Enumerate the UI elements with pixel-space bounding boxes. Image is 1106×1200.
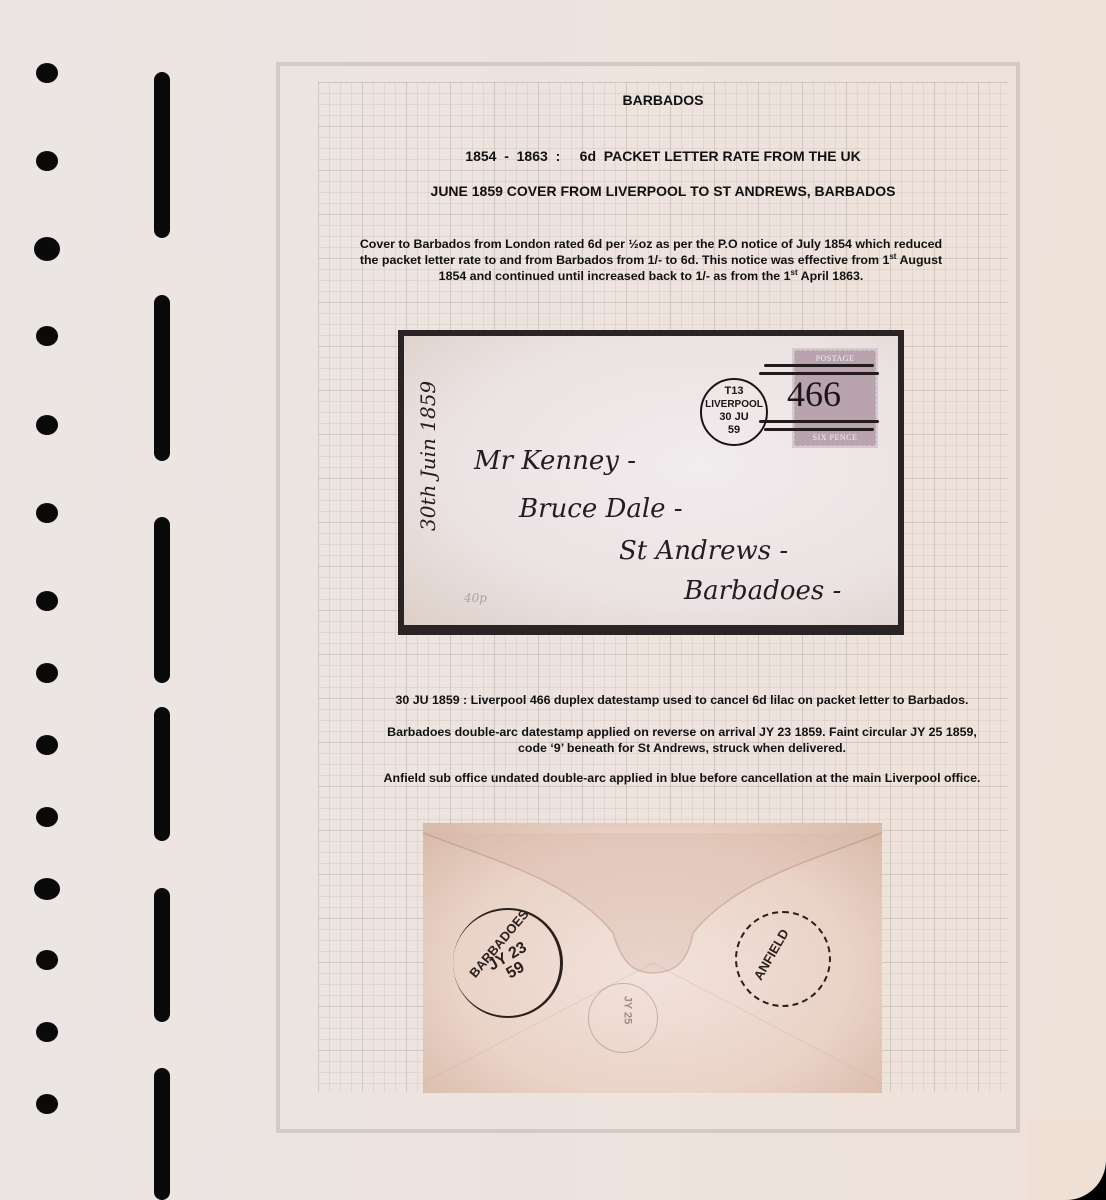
- description: Cover to Barbados from London rated 6d p…: [336, 236, 966, 284]
- pencil-price: 40p: [464, 591, 487, 605]
- cover-back: BARBADOES JY 2359 ANFIELD JY 25: [423, 823, 882, 1093]
- binder-slot: [154, 517, 170, 683]
- punch-hole: [36, 663, 58, 683]
- binder-slot: [154, 1068, 170, 1200]
- punch-hole: [36, 415, 58, 435]
- duplex-numeral: 466: [749, 374, 879, 414]
- punch-hole: [34, 237, 60, 261]
- anfield-double-arc: ANFIELD: [735, 911, 831, 1007]
- punch-hole: [36, 591, 58, 611]
- binder-slot: [154, 72, 170, 238]
- punch-hole: [36, 950, 58, 970]
- punch-hole: [36, 326, 58, 346]
- note-anfield: Anfield sub office undated double-arc ap…: [362, 770, 1002, 786]
- barbadoes-datestamp: BARBADOES JY 2359: [453, 908, 563, 1018]
- duplex-bar: [759, 420, 879, 423]
- note-barbadoes: Barbadoes double-arc datestamp applied o…: [362, 724, 1002, 756]
- punch-hole: [36, 807, 58, 827]
- description-line: Cover to Barbados from London rated 6d p…: [336, 236, 966, 252]
- period-heading: 1854 - 1863 : 6d PACKET LETTER RATE FROM…: [318, 148, 1008, 164]
- punch-hole: [36, 735, 58, 755]
- punch-hole: [36, 1094, 58, 1114]
- docket-note: 30th Juin 1859: [416, 381, 440, 531]
- description-line: 1854 and continued until increased back …: [336, 268, 966, 284]
- address-line: St Andrews -: [619, 536, 788, 566]
- binder-slot: [154, 295, 170, 461]
- page-corner: [1066, 1160, 1106, 1200]
- note-liverpool: 30 JU 1859 : Liverpool 466 duplex datest…: [362, 692, 1002, 708]
- page-title: BARBADOS: [318, 92, 1008, 108]
- address-line: Mr Kenney -: [474, 446, 636, 476]
- binder-slot: [154, 888, 170, 1022]
- address-line: Bruce Dale -: [519, 494, 683, 524]
- punch-hole: [36, 1022, 58, 1042]
- faint-circular-datestamp: JY 25: [588, 983, 658, 1053]
- liverpool-datestamp: T13 LIVERPOOL 30 JU 59: [700, 378, 768, 446]
- cover-heading: JUNE 1859 COVER FROM LIVERPOOL TO ST AND…: [318, 183, 1008, 199]
- punch-hole: [36, 151, 58, 171]
- description-line: the packet letter rate to and from Barba…: [336, 252, 966, 268]
- punch-hole: [36, 503, 58, 523]
- cover-front-mount: POSTAGE SIX PENCE 466 T13 LIVERPOOL 30 J…: [398, 330, 904, 635]
- address-line: Barbadoes -: [684, 576, 841, 606]
- duplex-bar: [764, 364, 874, 367]
- punch-hole: [36, 63, 58, 83]
- duplex-bar: [764, 428, 874, 431]
- binder-slot: [154, 707, 170, 841]
- cover-front: POSTAGE SIX PENCE 466 T13 LIVERPOOL 30 J…: [404, 336, 898, 625]
- punch-hole: [34, 878, 60, 900]
